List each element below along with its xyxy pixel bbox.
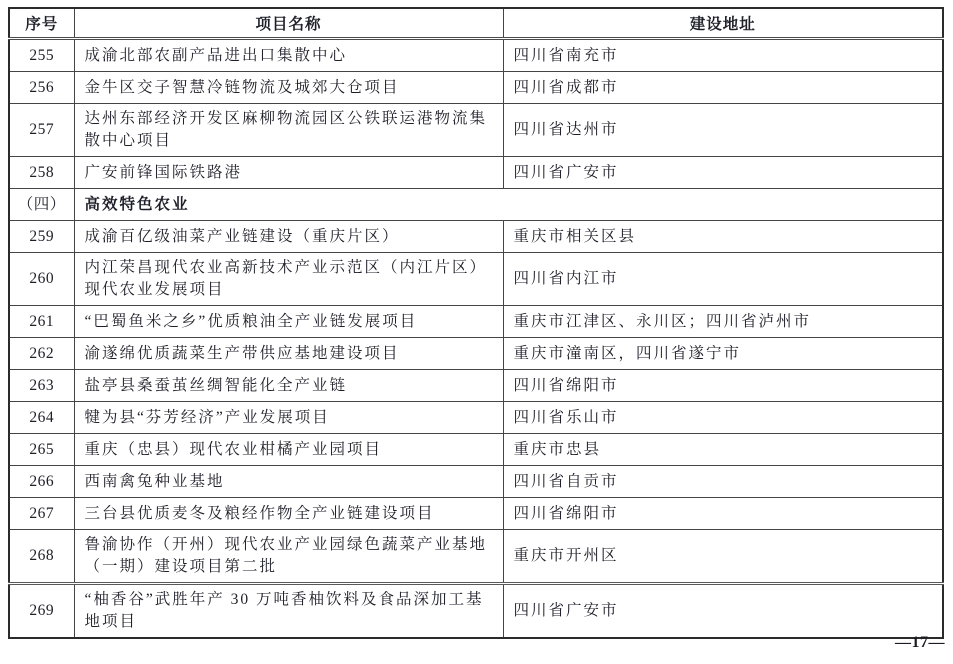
cell-construction-address: 重庆市潼南区，四川省遂宁市 — [503, 338, 943, 370]
document-page: 序号 项目名称 建设地址 255成渝北部农副产品进出口集散中心四川省南充市256… — [0, 0, 953, 664]
cell-project-name: 重庆（忠县）现代农业柑橘产业园项目 — [74, 434, 503, 466]
table-row: 261“巴蜀鱼米之乡”优质粮油全产业链发展项目重庆市江津区、永川区；四川省泸州市 — [9, 306, 943, 338]
table-row: 257达州东部经济开发区麻柳物流园区公铁联运港物流集散中心项目四川省达州市 — [9, 104, 943, 157]
cell-serial-number: （四） — [9, 189, 74, 221]
header-serial-number: 序号 — [9, 8, 74, 39]
cell-project-name: 三台县优质麦冬及粮经作物全产业链建设项目 — [74, 498, 503, 530]
cell-construction-address: 四川省成都市 — [503, 72, 943, 104]
cell-construction-address: 四川省南充市 — [503, 39, 943, 72]
cell-serial-number: 255 — [9, 39, 74, 72]
cell-project-name: 犍为县“芬芳经济”产业发展项目 — [74, 402, 503, 434]
cell-project-name: “柚香谷”武胜年产 30 万吨香柚饮料及食品深加工基地项目 — [74, 584, 503, 639]
cell-construction-address: 四川省绵阳市 — [503, 498, 943, 530]
table-row: 268鲁渝协作（开州）现代农业产业园绿色蔬菜产业基地（一期）建设项目第二批重庆市… — [9, 530, 943, 584]
cell-serial-number: 268 — [9, 530, 74, 584]
cell-project-name: 西南禽兔种业基地 — [74, 466, 503, 498]
cell-construction-address: 四川省自贡市 — [503, 466, 943, 498]
cell-serial-number: 257 — [9, 104, 74, 157]
cell-serial-number: 260 — [9, 253, 74, 306]
page-number: —17— — [895, 634, 945, 652]
section-row: （四）高效特色农业 — [9, 189, 943, 221]
cell-serial-number: 261 — [9, 306, 74, 338]
cell-project-name: 鲁渝协作（开州）现代农业产业园绿色蔬菜产业基地（一期）建设项目第二批 — [74, 530, 503, 584]
cell-construction-address: 重庆市江津区、永川区；四川省泸州市 — [503, 306, 943, 338]
cell-serial-number: 263 — [9, 370, 74, 402]
table-row: 255成渝北部农副产品进出口集散中心四川省南充市 — [9, 39, 943, 72]
table-row: 259成渝百亿级油菜产业链建设（重庆片区）重庆市相关区县 — [9, 221, 943, 253]
cell-serial-number: 264 — [9, 402, 74, 434]
table-header-row: 序号 项目名称 建设地址 — [9, 8, 943, 39]
cell-project-name: 成渝百亿级油菜产业链建设（重庆片区） — [74, 221, 503, 253]
cell-project-name: 盐亭县桑蚕茧丝绸智能化全产业链 — [74, 370, 503, 402]
cell-construction-address: 四川省绵阳市 — [503, 370, 943, 402]
cell-serial-number: 269 — [9, 584, 74, 639]
cell-serial-number: 259 — [9, 221, 74, 253]
header-project-name: 项目名称 — [74, 8, 503, 39]
cell-construction-address: 四川省达州市 — [503, 104, 943, 157]
cell-project-name: 渝遂绵优质蔬菜生产带供应基地建设项目 — [74, 338, 503, 370]
cell-section-title: 高效特色农业 — [74, 189, 943, 221]
table-row: 264犍为县“芬芳经济”产业发展项目四川省乐山市 — [9, 402, 943, 434]
cell-construction-address: 四川省乐山市 — [503, 402, 943, 434]
projects-table: 序号 项目名称 建设地址 255成渝北部农副产品进出口集散中心四川省南充市256… — [8, 7, 944, 639]
cell-project-name: 广安前锋国际铁路港 — [74, 157, 503, 189]
cell-construction-address: 四川省内江市 — [503, 253, 943, 306]
table-row: 263盐亭县桑蚕茧丝绸智能化全产业链四川省绵阳市 — [9, 370, 943, 402]
cell-construction-address: 重庆市开州区 — [503, 530, 943, 584]
cell-construction-address: 四川省广安市 — [503, 584, 943, 639]
cell-serial-number: 265 — [9, 434, 74, 466]
cell-project-name: 金牛区交子智慧冷链物流及城郊大仓项目 — [74, 72, 503, 104]
cell-serial-number: 258 — [9, 157, 74, 189]
cell-serial-number: 267 — [9, 498, 74, 530]
cell-project-name: 内江荣昌现代农业高新技术产业示范区（内江片区）现代农业发展项目 — [74, 253, 503, 306]
table-row: 260内江荣昌现代农业高新技术产业示范区（内江片区）现代农业发展项目四川省内江市 — [9, 253, 943, 306]
cell-construction-address: 四川省广安市 — [503, 157, 943, 189]
cell-serial-number: 262 — [9, 338, 74, 370]
table-row: 256金牛区交子智慧冷链物流及城郊大仓项目四川省成都市 — [9, 72, 943, 104]
table-row: 269“柚香谷”武胜年产 30 万吨香柚饮料及食品深加工基地项目四川省广安市 — [9, 584, 943, 639]
cell-construction-address: 重庆市忠县 — [503, 434, 943, 466]
cell-serial-number: 266 — [9, 466, 74, 498]
cell-serial-number: 256 — [9, 72, 74, 104]
table-row: 258广安前锋国际铁路港四川省广安市 — [9, 157, 943, 189]
table-row: 266西南禽兔种业基地四川省自贡市 — [9, 466, 943, 498]
cell-project-name: 成渝北部农副产品进出口集散中心 — [74, 39, 503, 72]
cell-project-name: “巴蜀鱼米之乡”优质粮油全产业链发展项目 — [74, 306, 503, 338]
table-row: 262渝遂绵优质蔬菜生产带供应基地建设项目重庆市潼南区，四川省遂宁市 — [9, 338, 943, 370]
table-row: 265重庆（忠县）现代农业柑橘产业园项目重庆市忠县 — [9, 434, 943, 466]
header-construction-address: 建设地址 — [503, 8, 943, 39]
table-row: 267三台县优质麦冬及粮经作物全产业链建设项目四川省绵阳市 — [9, 498, 943, 530]
cell-construction-address: 重庆市相关区县 — [503, 221, 943, 253]
cell-project-name: 达州东部经济开发区麻柳物流园区公铁联运港物流集散中心项目 — [74, 104, 503, 157]
